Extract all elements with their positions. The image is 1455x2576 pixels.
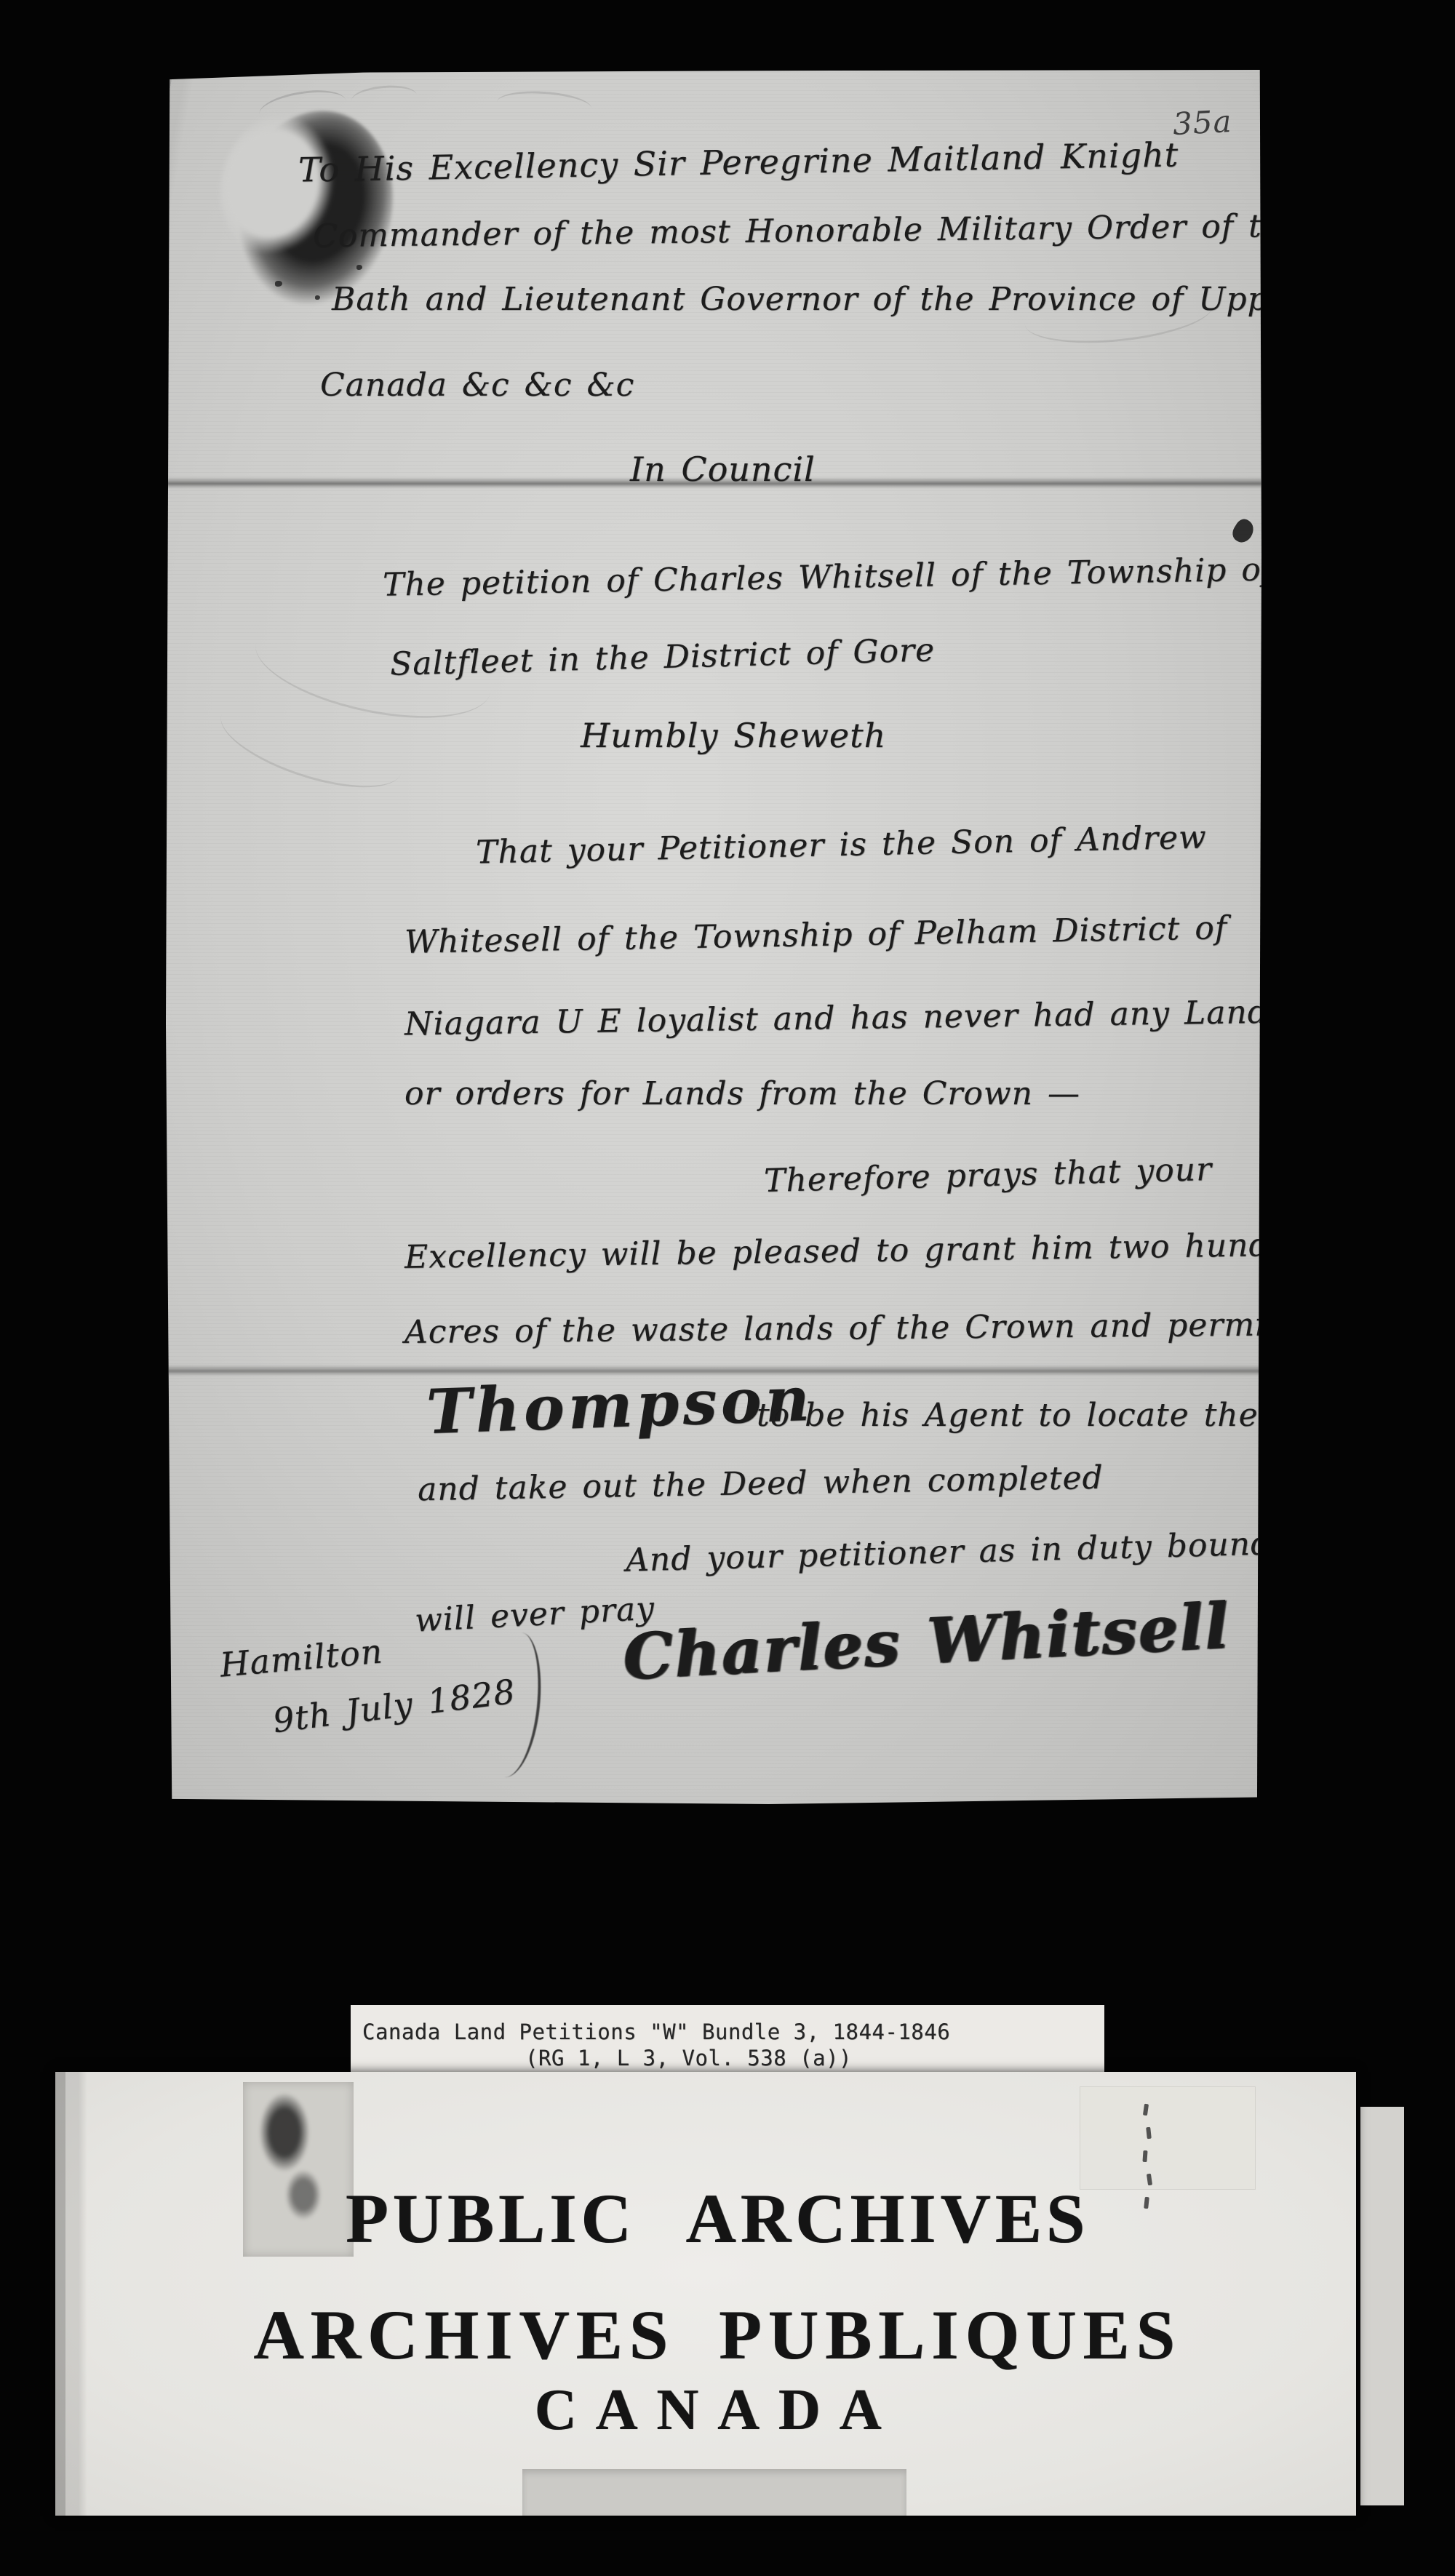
body-line: and take out the Deed when completed xyxy=(418,1459,1104,1508)
archival-label-card: Canada Land Petitions "W" Bundle 3, 1844… xyxy=(351,2005,1104,2075)
banner-country: CANADA xyxy=(84,2377,1350,2444)
agent-name: Thompson xyxy=(425,1363,814,1448)
pencil-scribble xyxy=(351,83,418,113)
addressee-line: Commander of the most Honorable Military… xyxy=(313,207,1304,255)
body-line: Acres of the waste lands of the Crown an… xyxy=(404,1305,1392,1351)
banner-bottom-tab xyxy=(522,2469,906,2516)
body-line: And your petitioner as in duty bound xyxy=(625,1525,1272,1579)
in-council-heading: In Council xyxy=(630,450,816,489)
body-line: or orders for Lands from the Crown — xyxy=(404,1075,1080,1112)
dateline-place: Hamilton xyxy=(218,1631,384,1684)
ink-speck xyxy=(380,55,387,64)
public-archives-banner: PUBLIC ARCHIVES ARCHIVES PUBLIQUES CANAD… xyxy=(55,2072,1356,2516)
body-line: Whitesell of the Township of Pelham Dist… xyxy=(404,909,1228,961)
archival-label-line-2: (RG 1, L 3, Vol. 538 (a)) xyxy=(525,2046,852,2070)
archival-label-line-1: Canada Land Petitions "W" Bundle 3, 1844… xyxy=(362,2019,950,2044)
body-line: to be his Agent to locate the same xyxy=(757,1397,1360,1434)
ink-blob-right-edge xyxy=(1229,517,1257,546)
body-line: will ever pray xyxy=(414,1590,655,1639)
manuscript-page: 35a To His Excellency Sir Peregrine Mait… xyxy=(166,70,1261,1804)
banner-edge-strip xyxy=(1360,2107,1404,2505)
tape-smudge xyxy=(259,2092,310,2172)
addressee-line: Bath and Lieutenant Governor of the Prov… xyxy=(332,281,1304,318)
scanned-archive-image: 35a To His Excellency Sir Peregrine Mait… xyxy=(0,0,1455,2576)
body-line: Therefore prays that your xyxy=(763,1151,1212,1200)
banner-title-french: ARCHIVES PUBLIQUES xyxy=(84,2294,1350,2375)
tape-piece-right xyxy=(1080,2086,1256,2190)
addressee-line: To His Excellency Sir Peregrine Maitland… xyxy=(298,135,1179,189)
banner-title-english: PUBLIC ARCHIVES xyxy=(84,2178,1350,2259)
dateline-date: 9th July 1828 xyxy=(271,1672,518,1740)
body-line: That your Petitioner is the Son of Andre… xyxy=(476,818,1208,871)
page-number: 35a xyxy=(1172,103,1233,142)
addressee-line: Canada &c &c &c xyxy=(320,367,634,404)
pencil-scribble xyxy=(496,89,592,122)
signature: Charles Whitsell xyxy=(621,1589,1232,1694)
petition-intro-line: Saltfleet in the District of Gore xyxy=(389,631,935,683)
petition-intro-line: The petition of Charles Whitsell of the … xyxy=(383,551,1275,603)
humbly-sheweth-line: Humbly Sheweth xyxy=(581,716,886,755)
body-line: Niagara U E loyalist and has never had a… xyxy=(404,994,1286,1043)
body-line: Excellency will be pleased to grant him … xyxy=(404,1226,1328,1276)
